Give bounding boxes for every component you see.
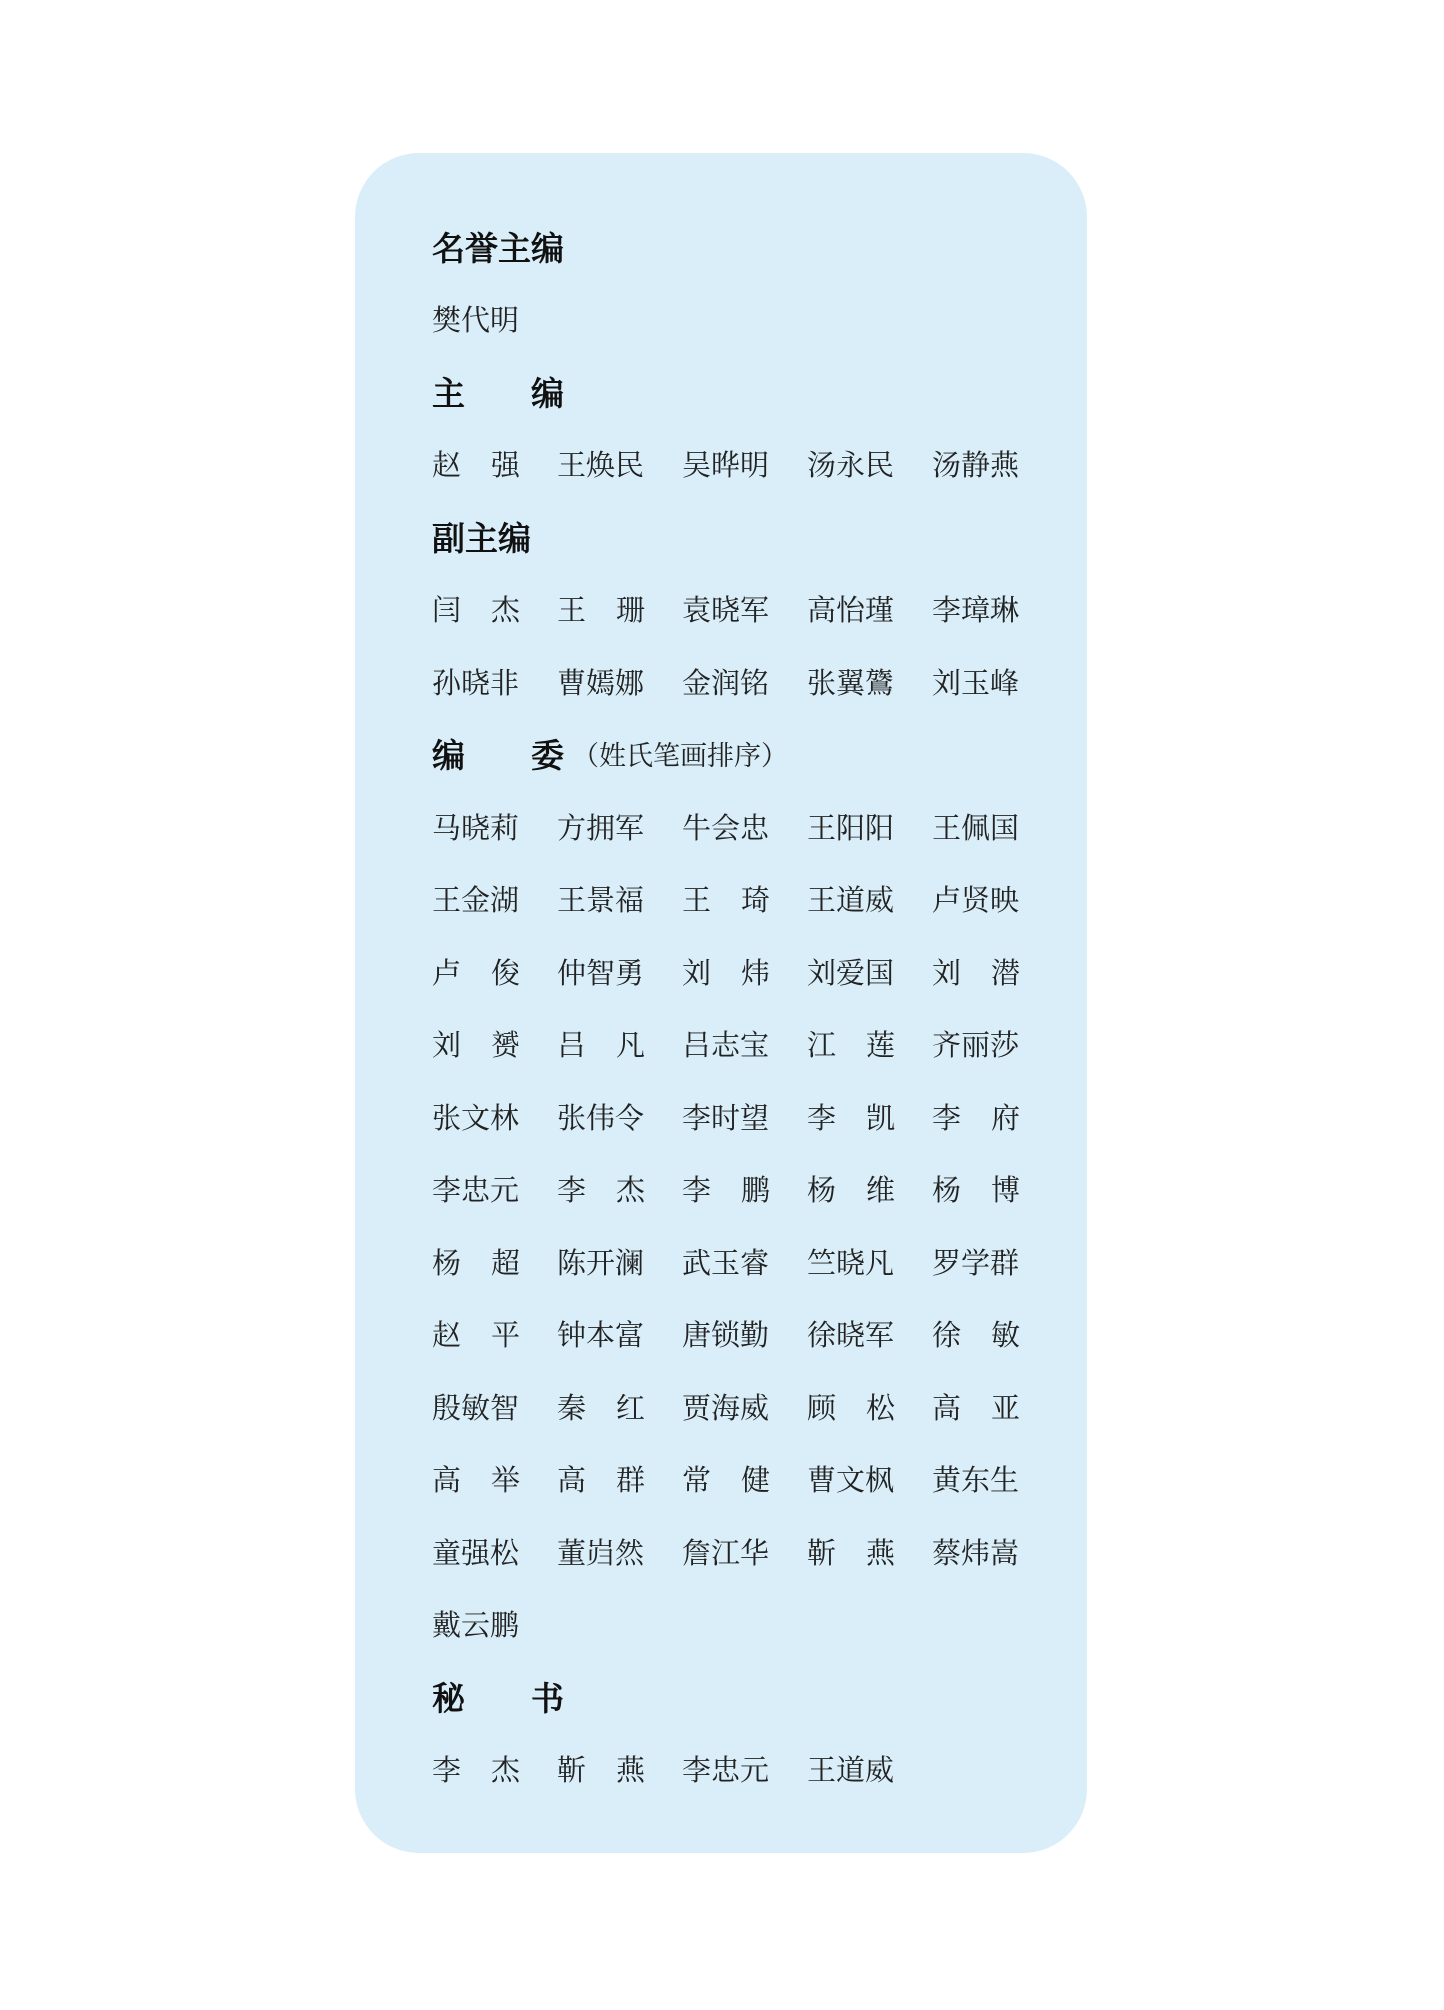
member-name: 曹文枫 [807, 1458, 895, 1499]
member-name: 靳燕 [557, 1748, 645, 1789]
member-name: 詹江华 [682, 1531, 770, 1572]
name-char: 吕 [557, 1023, 586, 1064]
name-char: 杨 [432, 1241, 461, 1282]
member-row: 杨超陈开澜武玉睿竺晓凡罗学群 [432, 1225, 1047, 1298]
member-name: 徐晓军 [807, 1313, 895, 1354]
name-char: 燕 [616, 1748, 645, 1789]
member-name: 汤静燕 [932, 443, 1020, 484]
name-char: 炜 [741, 951, 770, 992]
member-name: 杨维 [807, 1168, 895, 1209]
name-char: 高 [557, 1458, 586, 1499]
member-name: 李凯 [807, 1096, 895, 1137]
member-name: 赵强 [432, 443, 520, 484]
heading-line-editorial-board: 编委（姓氏笔画排序） [432, 718, 1047, 791]
member-row: 戴云鹏 [432, 1588, 1047, 1661]
member-name: 李时望 [682, 1096, 770, 1137]
member-name: 闫杰 [432, 588, 520, 629]
section-heading-secretary: 秘书 [432, 1673, 564, 1720]
name-char: 松 [866, 1386, 895, 1427]
name-char: 府 [991, 1096, 1020, 1137]
name-char: 燕 [866, 1531, 895, 1572]
member-name: 曹嫣娜 [557, 661, 645, 702]
member-name: 卢俊 [432, 951, 520, 992]
name-char: 徐 [932, 1313, 961, 1354]
name-char: 靳 [557, 1748, 586, 1789]
member-row: 樊代明 [432, 283, 1047, 356]
name-char: 博 [991, 1168, 1020, 1209]
name-char: 鹏 [741, 1168, 770, 1209]
member-row: 张文林张伟令李时望李凯李府 [432, 1080, 1047, 1153]
member-name: 吴晔明 [682, 443, 770, 484]
name-char: 王 [682, 878, 711, 919]
member-name: 李忠元 [682, 1748, 770, 1789]
name-char: 琦 [741, 878, 770, 919]
member-name: 吕凡 [557, 1023, 645, 1064]
member-row: 王金湖王景福王琦王道威卢贤映 [432, 863, 1047, 936]
member-name: 董岿然 [557, 1531, 645, 1572]
heading-text: 编 [432, 730, 465, 777]
name-char: 高 [932, 1386, 961, 1427]
heading-text: 名誉主编 [432, 230, 564, 267]
member-name: 王道威 [807, 878, 895, 919]
member-row: 童强松董岿然詹江华靳燕蔡炜嵩 [432, 1515, 1047, 1588]
name-char: 健 [741, 1458, 770, 1499]
member-name: 刘玉峰 [932, 661, 1020, 702]
name-char: 刘 [682, 951, 711, 992]
heading-text: 编 [531, 368, 564, 415]
heading-line-honorary-chief-editor: 名誉主编 [432, 210, 1047, 283]
name-char: 杨 [807, 1168, 836, 1209]
heading-line-deputy-chief-editor: 副主编 [432, 500, 1047, 573]
name-char: 刘 [432, 1023, 461, 1064]
member-name: 王佩国 [932, 806, 1020, 847]
member-row: 赵平钟本富唐锁勤徐晓军徐敏 [432, 1298, 1047, 1371]
member-name: 陈开澜 [557, 1241, 645, 1282]
member-name: 李忠元 [432, 1168, 520, 1209]
member-name: 秦红 [557, 1386, 645, 1427]
member-row: 闫杰王珊袁晓军高怡瑾李璋琳 [432, 573, 1047, 646]
member-name: 钟本富 [557, 1313, 645, 1354]
member-name: 汤永民 [807, 443, 895, 484]
section-heading-editorial-board: 编委 [432, 730, 564, 777]
heading-note: （姓氏笔画排序） [572, 734, 788, 773]
member-name: 李杰 [432, 1748, 520, 1789]
name-char: 顾 [807, 1386, 836, 1427]
member-name: 齐丽莎 [932, 1023, 1020, 1064]
member-name: 童强松 [432, 1531, 520, 1572]
member-name: 李鹏 [682, 1168, 770, 1209]
member-row: 孙晓非曹嫣娜金润铭张翼鷟刘玉峰 [432, 645, 1047, 718]
name-char: 李 [807, 1096, 836, 1137]
member-name: 蔡炜嵩 [932, 1531, 1020, 1572]
name-char: 杨 [932, 1168, 961, 1209]
name-char: 闫 [432, 588, 461, 629]
name-char: 秦 [557, 1386, 586, 1427]
name-char: 杰 [491, 588, 520, 629]
member-row: 马晓莉方拥军牛会忠王阳阳王佩国 [432, 790, 1047, 863]
member-name: 武玉睿 [682, 1241, 770, 1282]
name-char: 维 [866, 1168, 895, 1209]
name-char: 王 [557, 588, 586, 629]
name-char: 俊 [491, 951, 520, 992]
member-name: 赵平 [432, 1313, 520, 1354]
member-name: 靳燕 [807, 1531, 895, 1572]
member-name: 仲智勇 [557, 951, 645, 992]
member-name: 杨博 [932, 1168, 1020, 1209]
member-row: 殷敏智秦红贾海威顾松高亚 [432, 1370, 1047, 1443]
member-name: 殷敏智 [432, 1386, 520, 1427]
member-name: 卢贤映 [932, 878, 1020, 919]
name-char: 高 [432, 1458, 461, 1499]
name-char: 群 [616, 1458, 645, 1499]
member-name: 樊代明 [432, 298, 520, 339]
member-row: 刘赟吕凡吕志宝江莲齐丽莎 [432, 1008, 1047, 1081]
editorial-panel: 名誉主编樊代明主编赵强王焕民吴晔明汤永民汤静燕副主编闫杰王珊袁晓军高怡瑾李璋琳孙… [355, 153, 1087, 1853]
panel-content: 名誉主编樊代明主编赵强王焕民吴晔明汤永民汤静燕副主编闫杰王珊袁晓军高怡瑾李璋琳孙… [432, 210, 1047, 1805]
name-char: 江 [807, 1023, 836, 1064]
member-row: 卢俊仲智勇刘炜刘爱国刘潜 [432, 935, 1047, 1008]
name-char: 红 [616, 1386, 645, 1427]
name-char: 常 [682, 1458, 711, 1499]
member-name: 竺晓凡 [807, 1241, 895, 1282]
member-name: 戴云鹏 [432, 1603, 520, 1644]
member-name: 刘潜 [932, 951, 1020, 992]
member-name: 刘赟 [432, 1023, 520, 1064]
name-char: 李 [557, 1168, 586, 1209]
member-name: 王金湖 [432, 878, 520, 919]
name-char: 刘 [932, 951, 961, 992]
heading-text: 委 [531, 730, 564, 777]
member-name: 马晓莉 [432, 806, 520, 847]
member-name: 罗学群 [932, 1241, 1020, 1282]
name-char: 杰 [616, 1168, 645, 1209]
member-name: 王道威 [807, 1748, 895, 1789]
name-char: 赵 [432, 443, 461, 484]
name-char: 李 [432, 1748, 461, 1789]
name-char: 赵 [432, 1313, 461, 1354]
member-name: 刘爱国 [807, 951, 895, 992]
member-name: 高群 [557, 1458, 645, 1499]
member-name: 张文林 [432, 1096, 520, 1137]
name-char: 靳 [807, 1531, 836, 1572]
member-name: 王珊 [557, 588, 645, 629]
name-char: 杰 [491, 1748, 520, 1789]
member-name: 黄东生 [932, 1458, 1020, 1499]
member-name: 牛会忠 [682, 806, 770, 847]
member-name: 王琦 [682, 878, 770, 919]
member-row: 李忠元李杰李鹏杨维杨博 [432, 1153, 1047, 1226]
heading-text: 副主编 [432, 520, 531, 557]
name-char: 珊 [616, 588, 645, 629]
name-char: 强 [491, 443, 520, 484]
name-char: 李 [932, 1096, 961, 1137]
member-name: 李府 [932, 1096, 1020, 1137]
member-name: 方拥军 [557, 806, 645, 847]
member-name: 江莲 [807, 1023, 895, 1064]
member-name: 唐锁勤 [682, 1313, 770, 1354]
member-name: 孙晓非 [432, 661, 520, 702]
member-name: 李璋琳 [932, 588, 1020, 629]
member-name: 王焕民 [557, 443, 645, 484]
name-char: 平 [491, 1313, 520, 1354]
section-heading-honorary-chief-editor: 名誉主编 [432, 223, 564, 270]
member-name: 金润铭 [682, 661, 770, 702]
member-name: 王景福 [557, 878, 645, 919]
member-name: 张翼鷟 [807, 661, 895, 702]
member-name: 王阳阳 [807, 806, 895, 847]
member-name: 高举 [432, 1458, 520, 1499]
member-name: 刘炜 [682, 951, 770, 992]
heading-line-secretary: 秘书 [432, 1660, 1047, 1733]
heading-text: 主 [432, 368, 465, 415]
section-heading-chief-editor: 主编 [432, 368, 564, 415]
member-name: 常健 [682, 1458, 770, 1499]
heading-text: 书 [531, 1673, 564, 1720]
member-row: 李杰靳燕李忠元王道威 [432, 1733, 1047, 1806]
name-char: 卢 [432, 951, 461, 992]
name-char: 举 [491, 1458, 520, 1499]
member-name: 贾海威 [682, 1386, 770, 1427]
name-char: 潜 [991, 951, 1020, 992]
member-name: 徐敏 [932, 1313, 1020, 1354]
name-char: 超 [491, 1241, 520, 1282]
member-name: 张伟令 [557, 1096, 645, 1137]
member-name: 顾松 [807, 1386, 895, 1427]
heading-line-chief-editor: 主编 [432, 355, 1047, 428]
document-page: 名誉主编樊代明主编赵强王焕民吴晔明汤永民汤静燕副主编闫杰王珊袁晓军高怡瑾李璋琳孙… [0, 0, 1444, 2010]
member-name: 袁晓军 [682, 588, 770, 629]
name-char: 莲 [866, 1023, 895, 1064]
member-name: 高怡瑾 [807, 588, 895, 629]
member-name: 杨超 [432, 1241, 520, 1282]
name-char: 李 [682, 1168, 711, 1209]
section-heading-deputy-chief-editor: 副主编 [432, 513, 531, 560]
member-row: 高举高群常健曹文枫黄东生 [432, 1443, 1047, 1516]
name-char: 凯 [866, 1096, 895, 1137]
name-char: 亚 [991, 1386, 1020, 1427]
member-name: 高亚 [932, 1386, 1020, 1427]
name-char: 敏 [991, 1313, 1020, 1354]
member-row: 赵强王焕民吴晔明汤永民汤静燕 [432, 428, 1047, 501]
heading-text: 秘 [432, 1673, 465, 1720]
name-char: 赟 [491, 1023, 520, 1064]
member-name: 吕志宝 [682, 1023, 770, 1064]
name-char: 凡 [616, 1023, 645, 1064]
member-name: 李杰 [557, 1168, 645, 1209]
